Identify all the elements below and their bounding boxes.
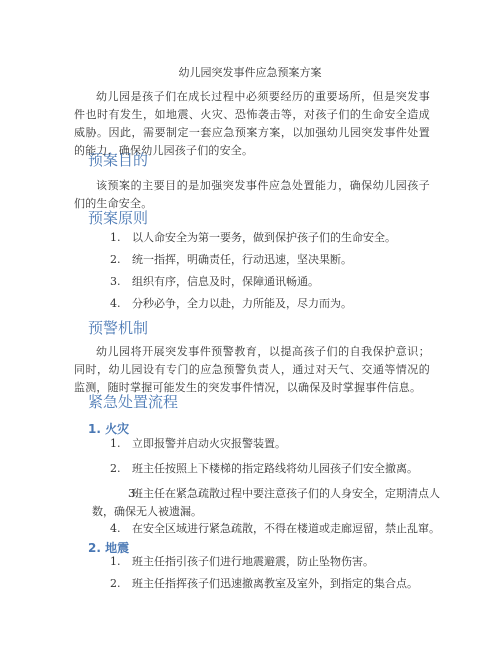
list-item: 2.班主任指挥孩子们迅速撤离教室及室外，到指定的集合点。 xyxy=(110,575,440,593)
heading-procedure: 紧急处置流程 xyxy=(88,392,178,412)
heading-purpose: 预案目的 xyxy=(88,150,148,170)
list-item: 4.分秒必争，全力以赴，力所能及，尽力而为。 xyxy=(110,295,440,313)
heading-warning: 预警机制 xyxy=(88,318,148,338)
heading-principles: 预案原则 xyxy=(88,208,148,228)
list-item: 1.班主任指引孩子们进行地震避震，防止坠物伤害。 xyxy=(110,553,440,571)
list-item: 2.统一指挥，明确责任，行动迅速，坚决果断。 xyxy=(110,251,440,269)
list-item: 3.班主任在紧急疏散过程中要注意孩子们的人身安全，定期清点人数，确保无人被遗漏。 xyxy=(92,485,442,521)
list-item: 1.立即报警并启动火灾报警装置。 xyxy=(110,435,440,453)
document-page: 幼儿园突发事件应急预案方案 幼儿园是孩子们在成长过程中必须要经历的重要场所，但是… xyxy=(0,0,500,647)
list-item: 4.在安全区域进行紧急疏散，不得在楼道或走廊逗留，禁止乱窜。 xyxy=(110,520,440,538)
list-item: 3.组织有序，信息及时，保障通讯畅通。 xyxy=(110,273,440,291)
warning-paragraph: 幼儿园将开展突发事件预警教育，以提高孩子们的自我保护意识；同时，幼儿园设有专门的… xyxy=(74,343,430,397)
list-item: 1.以人命安全为第一要务，做到保护孩子们的生命安全。 xyxy=(110,229,440,247)
document-title: 幼儿园突发事件应急预案方案 xyxy=(0,66,500,80)
list-item: 2.班主任按照上下楼梯的指定路线将幼儿园孩子们安全撤离。 xyxy=(110,460,440,478)
